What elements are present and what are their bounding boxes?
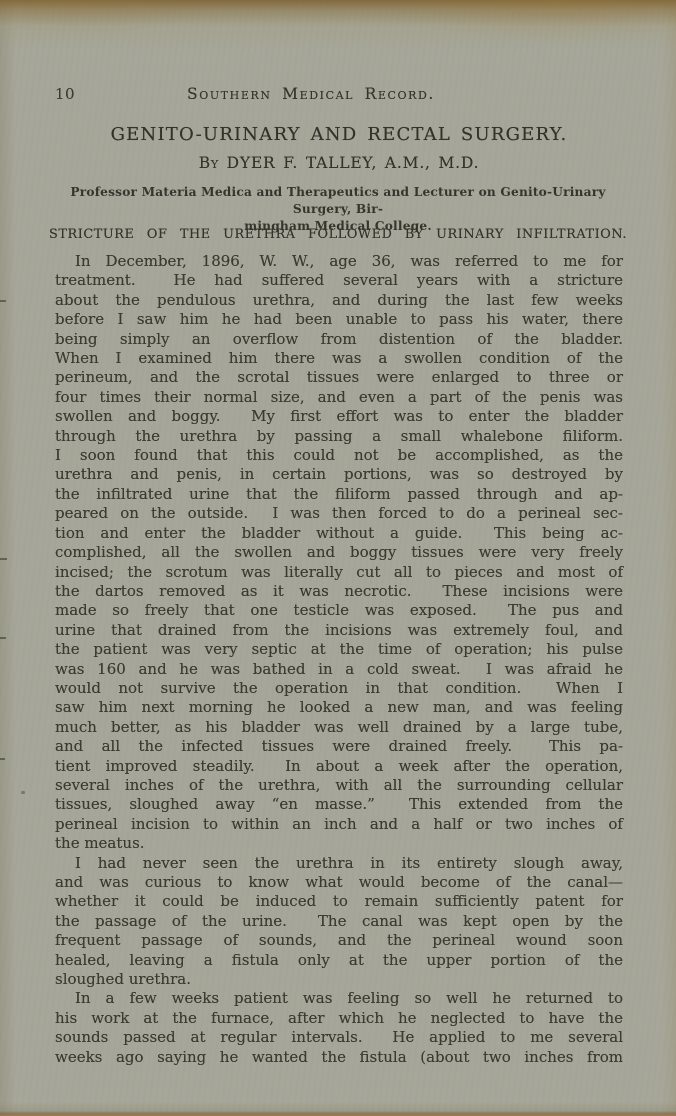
body-line: made so freely that one testicle was exp… bbox=[55, 601, 623, 620]
body-line: about the pendulous urethra, and during … bbox=[55, 291, 623, 310]
body-line: tion and enter the bladder without a gui… bbox=[55, 524, 623, 543]
body-line: tissues, sloughed away “en masse.” This … bbox=[55, 795, 623, 814]
body-line: sloughed urethra. bbox=[55, 970, 623, 989]
running-head: Southern Medical Record. bbox=[55, 85, 623, 103]
body-line: I had never seen the urethra in its enti… bbox=[55, 854, 623, 873]
section-heading: STRICTURE OF THE URETHRA FOLLOWED BY URI… bbox=[49, 227, 627, 242]
body-line: peared on the outside. I was then forced… bbox=[55, 504, 623, 523]
body-line: the dartos removed as it was necrotic. T… bbox=[55, 582, 623, 601]
scan-artifact-mark bbox=[0, 558, 7, 560]
body-line: urine that drained from the incisions wa… bbox=[55, 621, 623, 640]
body-line: the infiltrated urine that the filiform … bbox=[55, 485, 623, 504]
body-line: and all the infected tissues were draine… bbox=[55, 737, 623, 756]
body-line: tient improved steadily. In about a week… bbox=[55, 757, 623, 776]
body-line: whether it could be induced to remain su… bbox=[55, 892, 623, 911]
body-line: In December, 1896, W. W., age 36, was re… bbox=[55, 252, 623, 271]
affiliation-line: Professor Materia Medica and Therapeutic… bbox=[45, 184, 631, 218]
body-line: four times their normal size, and even a… bbox=[55, 388, 623, 407]
body-line: the passage of the urine. The canal was … bbox=[55, 912, 623, 931]
body-line: swollen and boggy. My first effort was t… bbox=[55, 407, 623, 426]
body-line: being simply an overflow from distention… bbox=[55, 330, 623, 349]
body-line: perineal incision to within an inch and … bbox=[55, 815, 623, 834]
body-line: and was curious to know what would becom… bbox=[55, 873, 623, 892]
paragraph: In a few weeks patient was feeling so we… bbox=[55, 989, 623, 1067]
body-line: was 160 and he was bathed in a cold swea… bbox=[55, 660, 623, 679]
article-byline: By DYER F. TALLEY, A.M., M.D. bbox=[55, 154, 623, 172]
body-line: incised; the scrotum was literally cut a… bbox=[55, 563, 623, 582]
paragraph: I had never seen the urethra in its enti… bbox=[55, 854, 623, 990]
article-title: GENITO-URINARY AND RECTAL SURGERY. bbox=[55, 124, 623, 145]
body-line: several inches of the urethra, with all … bbox=[55, 776, 623, 795]
body-line: perineum, and the scrotal tissues were e… bbox=[55, 368, 623, 387]
body-line: before I saw him he had been unable to p… bbox=[55, 310, 623, 329]
scan-artifact-mark bbox=[0, 758, 5, 760]
body-line: through the urethra by passing a small w… bbox=[55, 427, 623, 446]
body-line: saw him next morning he looked a new man… bbox=[55, 698, 623, 717]
body-line: In a few weeks patient was feeling so we… bbox=[55, 989, 623, 1008]
body-line: treatment. He had suffered several years… bbox=[55, 271, 623, 290]
page-bottom-edge bbox=[0, 1111, 676, 1116]
body-line: complished, all the swollen and boggy ti… bbox=[55, 543, 623, 562]
body-line: the patient was very septic at the time … bbox=[55, 640, 623, 659]
body-line: I soon found that this could not be acco… bbox=[55, 446, 623, 465]
body-line: healed, leaving a fistula only at the up… bbox=[55, 951, 623, 970]
body-line: When I examined him there was a swollen … bbox=[55, 349, 623, 368]
body-line: urethra and penis, in certain portions, … bbox=[55, 465, 623, 484]
paragraph: In December, 1896, W. W., age 36, was re… bbox=[55, 252, 623, 854]
scanned-journal-page: 10 Southern Medical Record. GENITO-URINA… bbox=[0, 0, 676, 1116]
body-line: would not survive the operation in that … bbox=[55, 679, 623, 698]
body-line: the meatus. bbox=[55, 834, 623, 853]
body-line: his work at the furnace, after which he … bbox=[55, 1009, 623, 1028]
body-line: weeks ago saying he wanted the fistula (… bbox=[55, 1048, 623, 1067]
body-line: much better, as his bladder was well dra… bbox=[55, 718, 623, 737]
body-line: sounds passed at regular intervals. He a… bbox=[55, 1028, 623, 1047]
scan-artifact-mark bbox=[0, 637, 6, 639]
article-body: In December, 1896, W. W., age 36, was re… bbox=[55, 252, 623, 1067]
scan-artifact-mark bbox=[21, 791, 25, 794]
scan-artifact-mark bbox=[0, 300, 6, 302]
body-line: frequent passage of sounds, and the peri… bbox=[55, 931, 623, 950]
